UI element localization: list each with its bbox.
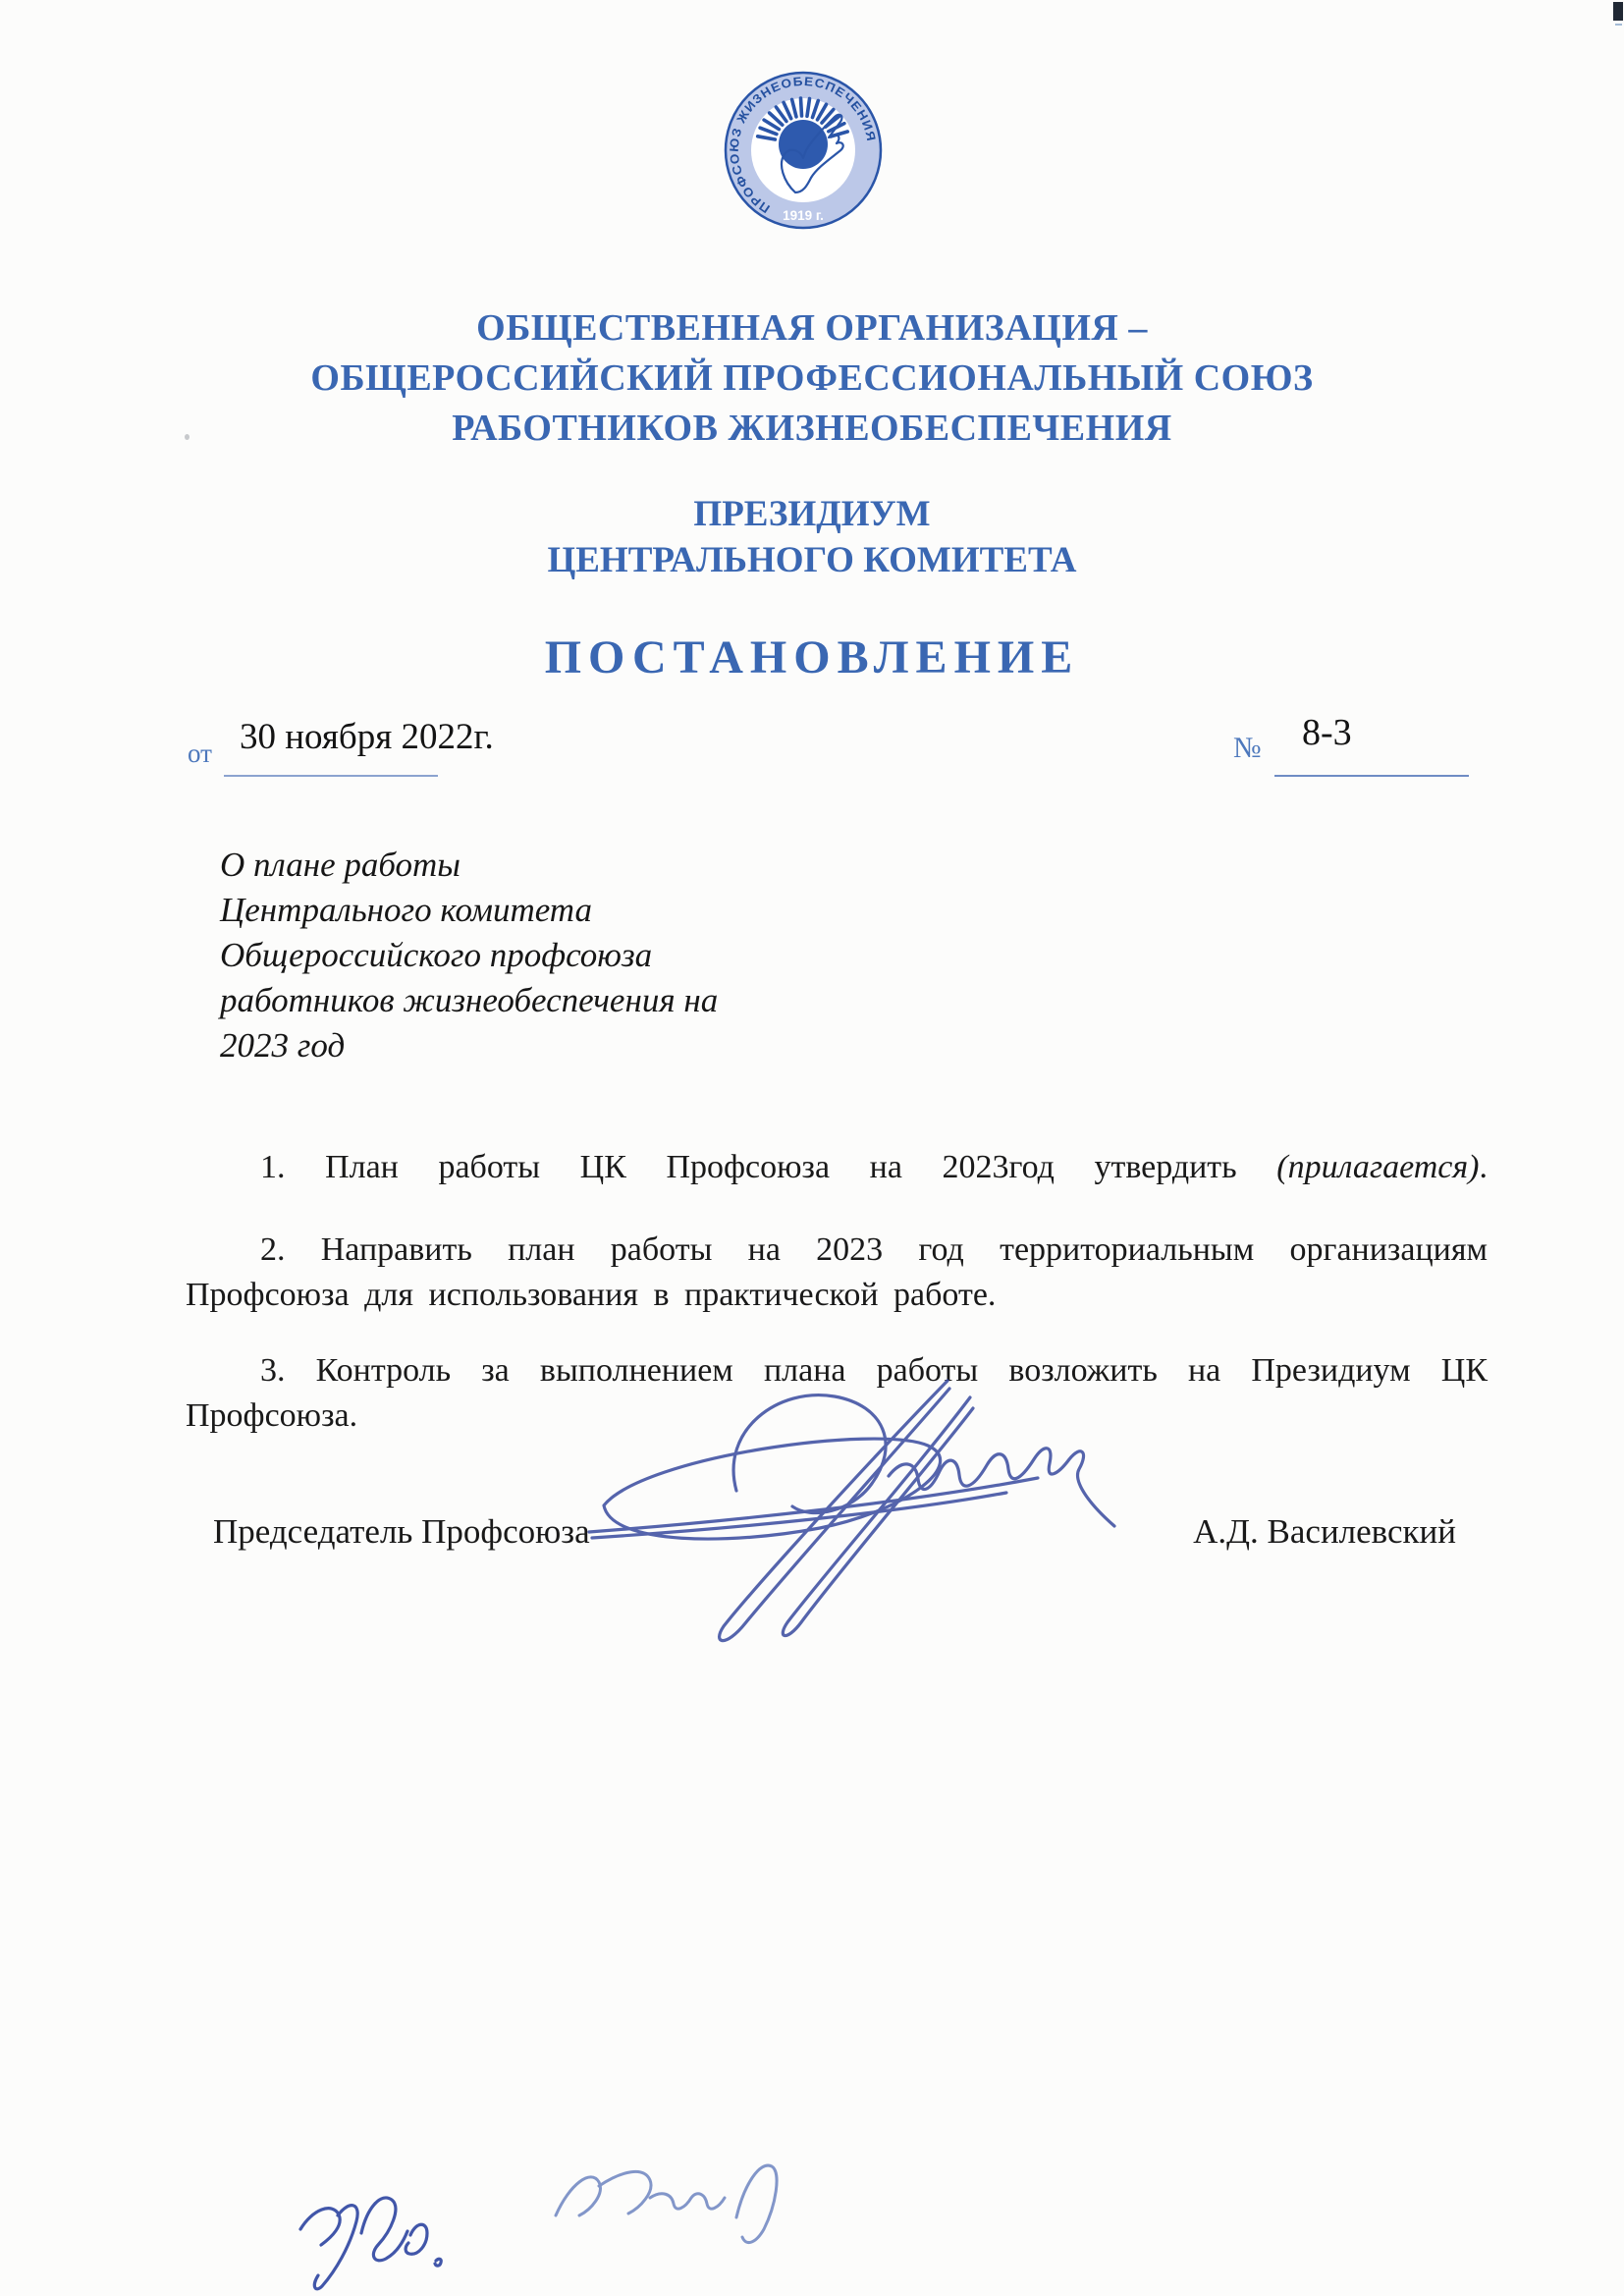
number-value: 8-3 xyxy=(1302,711,1352,754)
body-paragraph-1: 1. План работы ЦК Профсоюза на 2023год у… xyxy=(186,1145,1488,1190)
presidium-heading: ПРЕЗИДИУМ ЦЕНТРАЛЬНОГО КОМИТЕТА xyxy=(0,491,1624,583)
organization-name-line: РАБОТНИКОВ ЖИЗНЕОБЕСПЕЧЕНИЯ xyxy=(0,404,1624,454)
subject-block: О плане работы Центрального комитета Общ… xyxy=(220,843,848,1068)
emblem-year-label: 1919 г. xyxy=(783,208,824,223)
presidium-line: ЦЕНТРАЛЬНОГО КОМИТЕТА xyxy=(0,537,1624,583)
organization-name-line: ОБЩЕРОССИЙСКИЙ ПРОФЕССИОНАЛЬНЫЙ СОЮЗ xyxy=(0,354,1624,404)
document-type-title: ПОСТАНОВЛЕНИЕ xyxy=(0,630,1624,684)
body-paragraph-2: 2. Направить план работы на 2023 год тер… xyxy=(186,1228,1488,1318)
approval-signature-right xyxy=(542,2153,807,2266)
organization-name: ОБЩЕСТВЕННАЯ ОРГАНИЗАЦИЯ – ОБЩЕРОССИЙСКИ… xyxy=(0,303,1624,454)
paragraph-text: . xyxy=(1480,1149,1489,1185)
subject-line: О плане работы xyxy=(220,843,848,888)
scan-artifact xyxy=(1613,2,1623,21)
signer-title: Председатель Профсоюза xyxy=(213,1512,590,1552)
number-label: № xyxy=(1233,732,1262,765)
subject-line: Общероссийского профсоюза xyxy=(220,933,848,978)
paragraph-italic-text: (прилагается) xyxy=(1276,1149,1479,1185)
union-emblem-logo: ПРОФСОЮЗ ЖИЗНЕОБЕСПЕЧЕНИЯ 1919 г. xyxy=(715,62,892,243)
signer-row: Председатель Профсоюза А.Д. Василевский xyxy=(213,1512,1456,1552)
paragraph-text: 1. План работы ЦК Профсоюза на 2023год у… xyxy=(260,1149,1276,1185)
document-page: ПРОФСОЮЗ ЖИЗНЕОБЕСПЕЧЕНИЯ 1919 г. ОБЩЕСТ… xyxy=(0,0,1624,2296)
sun-icon xyxy=(779,120,828,169)
approval-signature-left xyxy=(287,2172,488,2296)
date-from-label: от xyxy=(188,738,212,769)
date-underline xyxy=(224,775,438,777)
subject-line: работников жизнеобеспечения на xyxy=(220,978,848,1023)
date-value: 30 ноября 2022г. xyxy=(240,716,494,758)
presidium-line: ПРЕЗИДИУМ xyxy=(0,491,1624,537)
organization-name-line: ОБЩЕСТВЕННАЯ ОРГАНИЗАЦИЯ – xyxy=(0,303,1624,354)
signer-name: А.Д. Василевский xyxy=(1193,1512,1456,1552)
scan-artifact-tick xyxy=(1615,24,1622,26)
subject-line: 2023 год xyxy=(220,1023,848,1068)
number-underline xyxy=(1274,775,1469,777)
subject-line: Центрального комитета xyxy=(220,888,848,933)
